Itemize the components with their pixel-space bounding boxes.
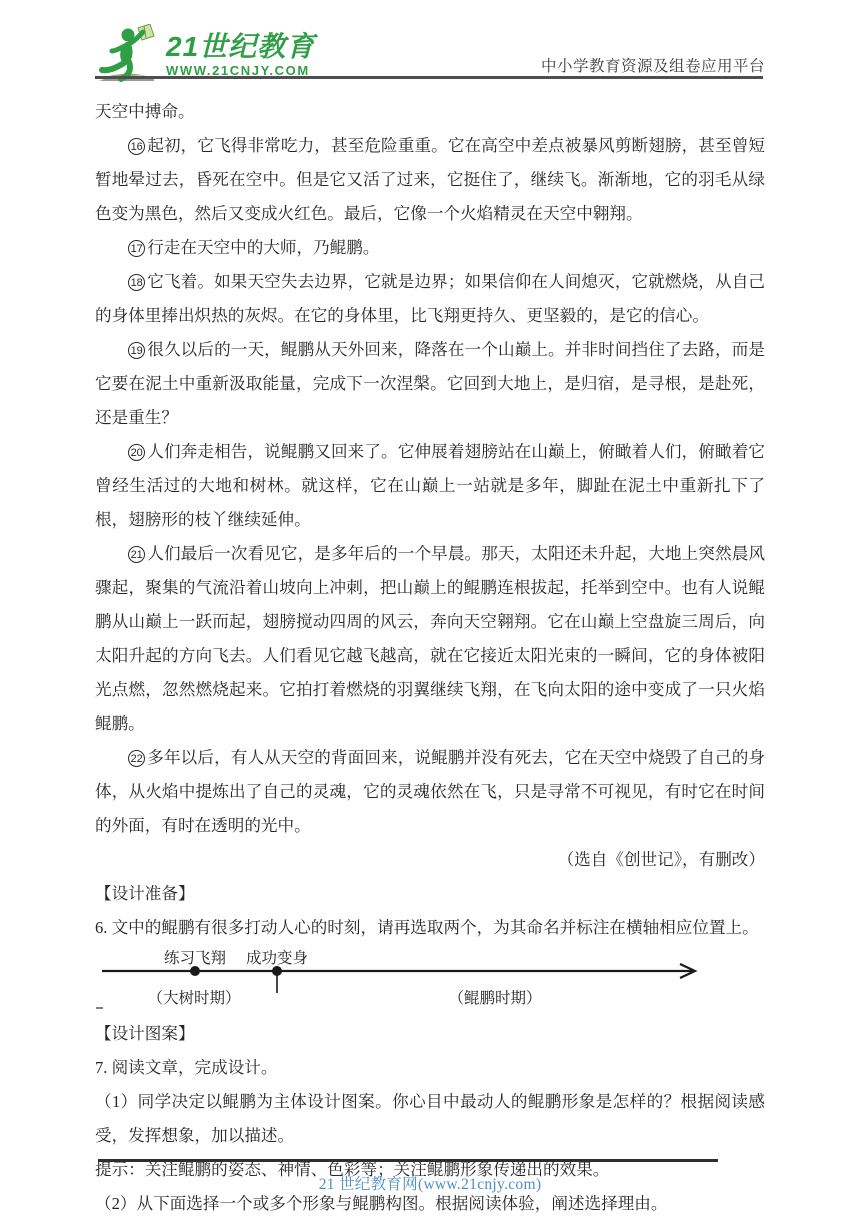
paragraph-number-badge: 17 — [128, 240, 145, 257]
paragraph-text: 人们奔走相告，说鲲鹏又回来了。它伸展着翅膀站在山巅上，俯瞰着人们，俯瞰着它曾经生… — [95, 442, 765, 529]
header-rule — [95, 76, 763, 79]
article-paragraph: 16起初，它飞得非常吃力，甚至危险重重。它在高空中差点被暴风剪断翅膀，甚至曾短暂… — [95, 129, 765, 231]
platform-label: 中小学教育资源及组卷应用平台 — [541, 54, 765, 76]
article-paragraph: 19很久以后的一天，鲲鹏从天外回来，降落在一个山巅上。并非时间挡住了去路，而是它… — [95, 333, 765, 435]
brand-name: 21世纪教育 — [166, 32, 315, 62]
question-7-part1: （1）同学决定以鲲鹏为主体设计图案。你心目中最动人的鲲鹏形象是怎样的？根据阅读感… — [95, 1085, 765, 1153]
timeline-point-1 — [190, 966, 200, 976]
article-paragraph: 17行走在天空中的大师，乃鲲鹏。 — [95, 231, 765, 265]
paragraph-number-badge: 19 — [128, 342, 145, 359]
source-note: （选自《创世记》，有删改） — [95, 843, 765, 877]
footer-site-link[interactable]: 21 世纪教育网(www.21cnjy.com) — [95, 1172, 765, 1194]
paragraph-number-badge: 16 — [128, 138, 145, 155]
section-label-design-pattern: 【设计图案】 — [95, 1017, 765, 1051]
paragraph-text: 人们最后一次看见它，是多年后的一个早晨。那天，太阳还未升起，大地上突然晨风骤起，… — [95, 544, 765, 733]
paragraph-number-badge: 21 — [128, 546, 145, 563]
runner-leg-back — [102, 63, 124, 70]
timeline-point-2-label: 成功变身 — [246, 949, 308, 967]
article-paragraph: 18它飞着。如果天空失去边界，它就是边界；如果信仰在人间熄灭，它就燃烧，从自己的… — [95, 265, 765, 333]
paragraph-number-badge: 20 — [128, 444, 145, 461]
paragraph-text: 它飞着。如果天空失去边界，它就是边界；如果信仰在人间熄灭，它就燃烧，从自己的身体… — [95, 272, 765, 325]
article-body: 天空中搏命。 16起初，它飞得非常吃力，甚至危险重重。它在高空中差点被暴风剪断翅… — [95, 95, 765, 1221]
header-logo: 21世纪教育 WWW.21CNJY.COM — [98, 24, 315, 84]
paragraph-text: 天空中搏命。 — [95, 102, 195, 121]
timeline-point-1-label: 练习飞翔 — [164, 949, 226, 967]
paragraph-text: 行走在天空中的大师，乃鲲鹏。 — [147, 238, 379, 257]
article-paragraph: 22多年以后，有人从天空的背面回来，说鲲鹏并没有死去，它在天空中烧毁了自己的身体… — [95, 741, 765, 843]
paragraph-number-badge: 18 — [128, 274, 145, 291]
runner-with-book-icon — [98, 24, 162, 84]
section-label-design-prep: 【设计准备】 — [95, 877, 765, 911]
footer-rule — [98, 1159, 718, 1162]
article-paragraph: 20人们奔走相告，说鲲鹏又回来了。它伸展着翅膀站在山巅上，俯瞰着人们，俯瞰着它曾… — [95, 435, 765, 537]
logo-text-block: 21世纪教育 WWW.21CNJY.COM — [166, 32, 315, 78]
paragraph-number-badge: 22 — [128, 750, 145, 767]
timeline-period-1-label: （大树时期） — [147, 989, 240, 1007]
timeline-diagram: 练习飞翔 成功变身 （大树时期） （鲲鹏时期） — [95, 945, 765, 1017]
paragraph-text: 很久以后的一天，鲲鹏从天外回来，降落在一个山巅上。并非时间挡住了去路，而是它要在… — [95, 340, 765, 427]
article-paragraph: 天空中搏命。 — [95, 95, 765, 129]
timeline-period-2-label: （鲲鹏时期） — [448, 989, 541, 1007]
article-paragraph: 21人们最后一次看见它，是多年后的一个早晨。那天，太阳还未升起，大地上突然晨风骤… — [95, 537, 765, 741]
question-7: 7. 阅读文章，完成设计。 — [95, 1051, 765, 1085]
paragraph-text: 起初，它飞得非常吃力，甚至危险重重。它在高空中差点被暴风剪断翅膀，甚至曾短暂地晕… — [95, 136, 765, 223]
question-6: 6. 文中的鲲鹏有很多打动人心的时刻，请再选取两个，为其命名并标注在横轴相应位置… — [95, 911, 765, 945]
paragraph-text: 多年以后，有人从天空的背面回来，说鲲鹏并没有死去，它在天空中烧毁了自己的身体，从… — [95, 748, 765, 835]
